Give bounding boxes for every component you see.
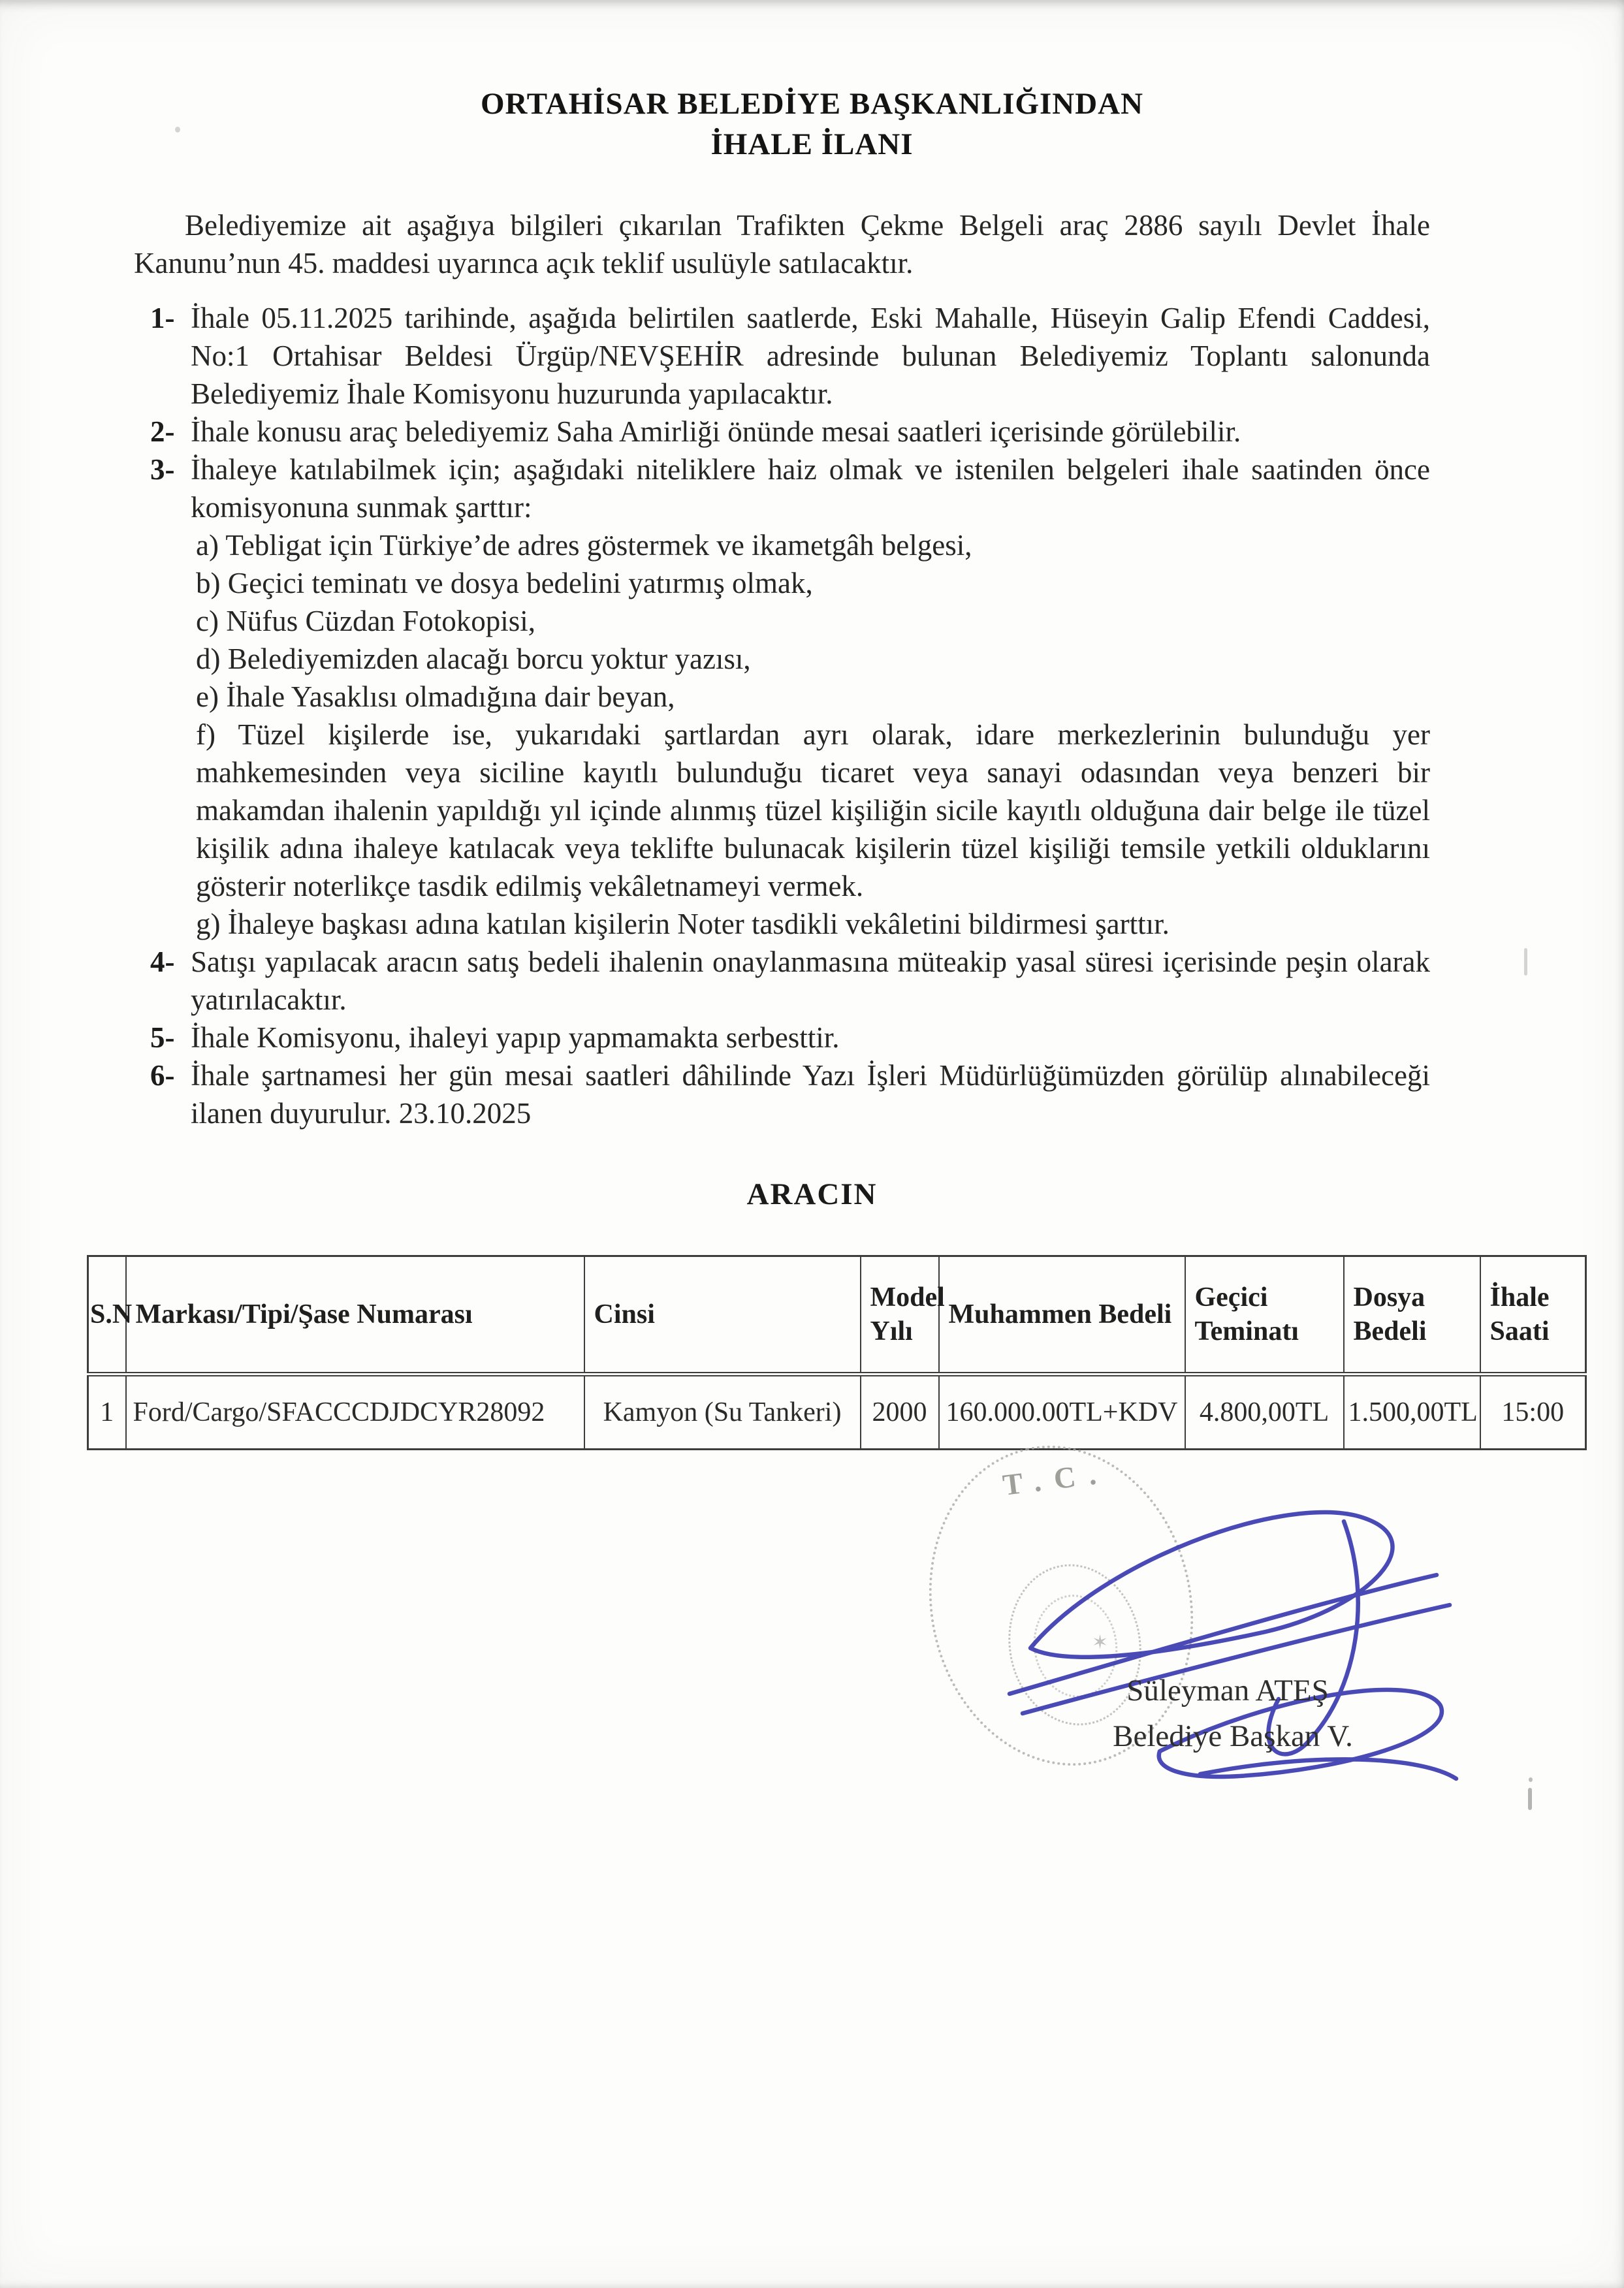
cell-sn: 1 [88,1374,126,1450]
sub-item-a: a) Tebligat için Türkiye’de adres göster… [196,526,1430,564]
item-number: 4- [150,943,175,981]
item-text: İhale 05.11.2025 tarihinde, aşağıda beli… [191,302,1430,410]
item-text: İhale şartnamesi her gün mesai saatleri … [191,1059,1430,1130]
item-text: İhale konusu araç belediyemiz Saha Amirl… [191,415,1241,448]
list-item: 4- Satışı yapılacak aracın satış bedeli … [150,943,1430,1019]
item-number: 6- [150,1057,175,1094]
col-header-dosya-bedeli: Dosya Bedeli [1344,1256,1480,1374]
document-title: ORTAHİSAR BELEDİYE BAŞKANLIĞINDAN İHALE … [0,84,1624,165]
vehicle-table: S.N Markası/Tipi/Şase Numarası Cinsi Mod… [87,1255,1587,1450]
list-item: 5- İhale Komisyonu, ihaleyi yapıp yapmam… [150,1019,1430,1057]
title-line-1: ORTAHİSAR BELEDİYE BAŞKANLIĞINDAN [0,84,1624,124]
table-header-row: S.N Markası/Tipi/Şase Numarası Cinsi Mod… [88,1256,1586,1374]
item-number: 1- [150,299,175,337]
col-header-sn: S.N [88,1256,126,1374]
scan-artifact-dot [175,127,180,133]
signer-title: Belediye Başkan V. [1050,1719,1416,1754]
item-number: 2- [150,413,175,451]
scan-artifact-dash [1524,948,1527,976]
col-header-marka: Markası/Tipi/Şase Numarası [126,1256,584,1374]
sub-item-d: d) Belediyemizden alacağı borcu yoktur y… [196,640,1430,678]
cell-cinsi: Kamyon (Su Tankeri) [584,1374,861,1450]
list-item: 6- İhale şartnamesi her gün mesai saatle… [150,1057,1430,1132]
sub-item-e: e) İhale Yasaklısı olmadığına dair beyan… [196,678,1430,716]
cell-model-yili: 2000 [861,1374,939,1450]
list-item: 2- İhale konusu araç belediyemiz Saha Am… [150,413,1430,451]
item-text: İhaleye katılabilmek için; aşağıdaki nit… [191,453,1430,524]
sub-item-g: g) İhaleye başkası adına katılan kişiler… [196,905,1430,943]
signer-name: Süleyman ATEŞ [1064,1673,1391,1708]
list-item: 3- İhaleye katılabilmek için; aşağıdaki … [150,451,1430,526]
table-row: 1 Ford/Cargo/SFACCCDJDCYR28092 Kamyon (S… [88,1374,1586,1450]
col-header-gecici-teminati: Geçici Teminatı [1185,1256,1344,1374]
cell-marka: Ford/Cargo/SFACCCDJDCYR28092 [126,1374,584,1450]
col-header-ihale-saati: İhale Saati [1480,1256,1586,1374]
scan-artifact-speck [1528,1788,1532,1810]
cell-dosya-bedeli: 1.500,00TL [1344,1374,1480,1450]
item-text: İhale Komisyonu, ihaleyi yapıp yapmamakt… [191,1021,840,1054]
item-number: 3- [150,451,175,488]
item-number: 5- [150,1019,175,1057]
col-header-model-yili: Model Yılı [861,1256,939,1374]
numbered-list: 1- İhale 05.11.2025 tarihinde, aşağıda b… [150,299,1430,1132]
sub-item-f: f) Tüzel kişilerde ise, yukarıdaki şartl… [196,716,1430,905]
intro-paragraph: Belediyemize ait aşağıya bilgileri çıkar… [134,206,1430,282]
sub-item-b: b) Geçici teminatı ve dosya bedelini yat… [196,564,1430,602]
title-line-2: İHALE İLANI [0,124,1624,165]
scanned-document-page: ORTAHİSAR BELEDİYE BAŞKANLIĞINDAN İHALE … [0,0,1624,2288]
item-text: Satışı yapılacak aracın satış bedeli iha… [191,945,1430,1016]
section-heading-aracin: ARACIN [0,1177,1624,1212]
cell-gecici-teminati: 4.800,00TL [1185,1374,1344,1450]
list-item: 1- İhale 05.11.2025 tarihinde, aşağıda b… [150,299,1430,413]
sub-item-c: c) Nüfus Cüzdan Fotokopisi, [196,602,1430,640]
cell-muhammen-bedeli: 160.000.00TL+KDV [939,1374,1185,1450]
col-header-cinsi: Cinsi [584,1256,861,1374]
col-header-muhammen-bedeli: Muhammen Bedeli [939,1256,1185,1374]
cell-ihale-saati: 15:00 [1480,1374,1586,1450]
scan-artifact-speck [1529,1777,1533,1782]
